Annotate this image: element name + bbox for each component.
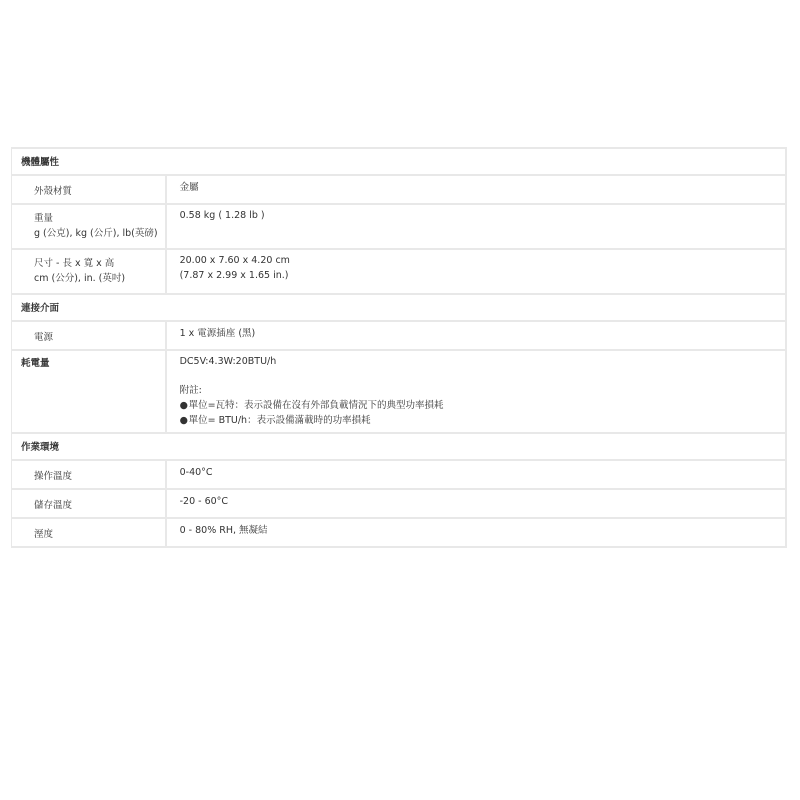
value-line: 0.58 kg ( 1.28 lb ) <box>180 208 785 223</box>
note-item: ●單位= BTU/h：表示設備滿載時的功率損耗 <box>180 413 785 428</box>
spec-label: 電源 <box>12 321 166 350</box>
value-line: -20 - 60°C <box>180 494 785 509</box>
label-line: 操作溫度 <box>34 469 165 484</box>
spec-value: DC5V:4.3W:20BTU/h 附註: ●單位=瓦特：表示設備在沒有外部負載… <box>166 350 786 433</box>
spec-value: 金屬 <box>166 175 786 204</box>
note-text: 單位=瓦特：表示設備在沒有外部負載情況下的典型功率損耗 <box>189 400 444 411</box>
spec-row-power: 電源 1 x 電源插座 (黑) <box>12 321 787 350</box>
spec-row-humidity: 溼度 0 - 80% RH, 無凝結 <box>12 518 787 547</box>
spec-label: 重量 g (公克), kg (公斤), lb(英磅) <box>12 204 166 249</box>
note-item: ●單位=瓦特：表示設備在沒有外部負載情況下的典型功率損耗 <box>180 398 785 413</box>
label-line: 外殼材質 <box>34 184 165 199</box>
spec-value: 1 x 電源插座 (黑) <box>166 321 786 350</box>
spec-label: 儲存溫度 <box>12 489 166 518</box>
label-line: 尺寸 - 長 x 寬 x 高 <box>34 256 165 271</box>
label-line: 耗電量 <box>21 356 165 371</box>
spec-value: 20.00 x 7.60 x 4.20 cm (7.87 x 2.99 x 1.… <box>166 249 786 294</box>
note-text: 單位= BTU/h：表示設備滿載時的功率損耗 <box>189 415 371 426</box>
spec-row-storage-temp: 儲存溫度 -20 - 60°C <box>12 489 787 518</box>
section-header-connectivity: 連接介面 <box>12 294 787 321</box>
spec-value: -20 - 60°C <box>166 489 786 518</box>
label-line: 電源 <box>34 330 165 345</box>
spec-table: 機體屬性 外殼材質 金屬 重量 g (公克), kg (公斤), lb(英磅) … <box>11 147 787 548</box>
spec-row-dimensions: 尺寸 - 長 x 寬 x 高 cm (公分), in. (英吋) 20.00 x… <box>12 249 787 294</box>
value-line: 金屬 <box>180 180 785 195</box>
value-line: DC5V:4.3W:20BTU/h <box>180 354 785 369</box>
spec-label: 操作溫度 <box>12 460 166 489</box>
bullet-icon: ● <box>180 413 189 428</box>
value-line: 1 x 電源插座 (黑) <box>180 326 785 341</box>
spec-label: 外殼材質 <box>12 175 166 204</box>
value-line: 0 - 80% RH, 無凝結 <box>180 523 785 538</box>
spec-row-case-material: 外殼材質 金屬 <box>12 175 787 204</box>
spec-value: 0-40°C <box>166 460 786 489</box>
note-title: 附註: <box>180 383 785 398</box>
spec-row-power-consumption: 耗電量 DC5V:4.3W:20BTU/h 附註: ●單位=瓦特：表示設備在沒有… <box>12 350 787 433</box>
label-line: 重量 <box>34 211 165 226</box>
section-title: 連接介面 <box>12 294 787 321</box>
spec-row-operating-temp: 操作溫度 0-40°C <box>12 460 787 489</box>
spacer <box>180 369 785 383</box>
value-line: 0-40°C <box>180 465 785 480</box>
label-line: cm (公分), in. (英吋) <box>34 271 165 286</box>
spec-value: 0.58 kg ( 1.28 lb ) <box>166 204 786 249</box>
label-line: g (公克), kg (公斤), lb(英磅) <box>34 226 165 241</box>
spec-label: 耗電量 <box>12 350 166 433</box>
bullet-icon: ● <box>180 398 189 413</box>
spec-label: 尺寸 - 長 x 寬 x 高 cm (公分), in. (英吋) <box>12 249 166 294</box>
section-header-chassis: 機體屬性 <box>12 148 787 175</box>
section-title: 機體屬性 <box>12 148 787 175</box>
value-line: (7.87 x 2.99 x 1.65 in.) <box>180 268 785 283</box>
spec-row-weight: 重量 g (公克), kg (公斤), lb(英磅) 0.58 kg ( 1.2… <box>12 204 787 249</box>
label-line: 儲存溫度 <box>34 498 165 513</box>
label-line: 溼度 <box>34 527 165 542</box>
value-line: 20.00 x 7.60 x 4.20 cm <box>180 253 785 268</box>
section-title: 作業環境 <box>12 433 787 460</box>
spec-value: 0 - 80% RH, 無凝結 <box>166 518 786 547</box>
section-header-environment: 作業環境 <box>12 433 787 460</box>
spec-label: 溼度 <box>12 518 166 547</box>
